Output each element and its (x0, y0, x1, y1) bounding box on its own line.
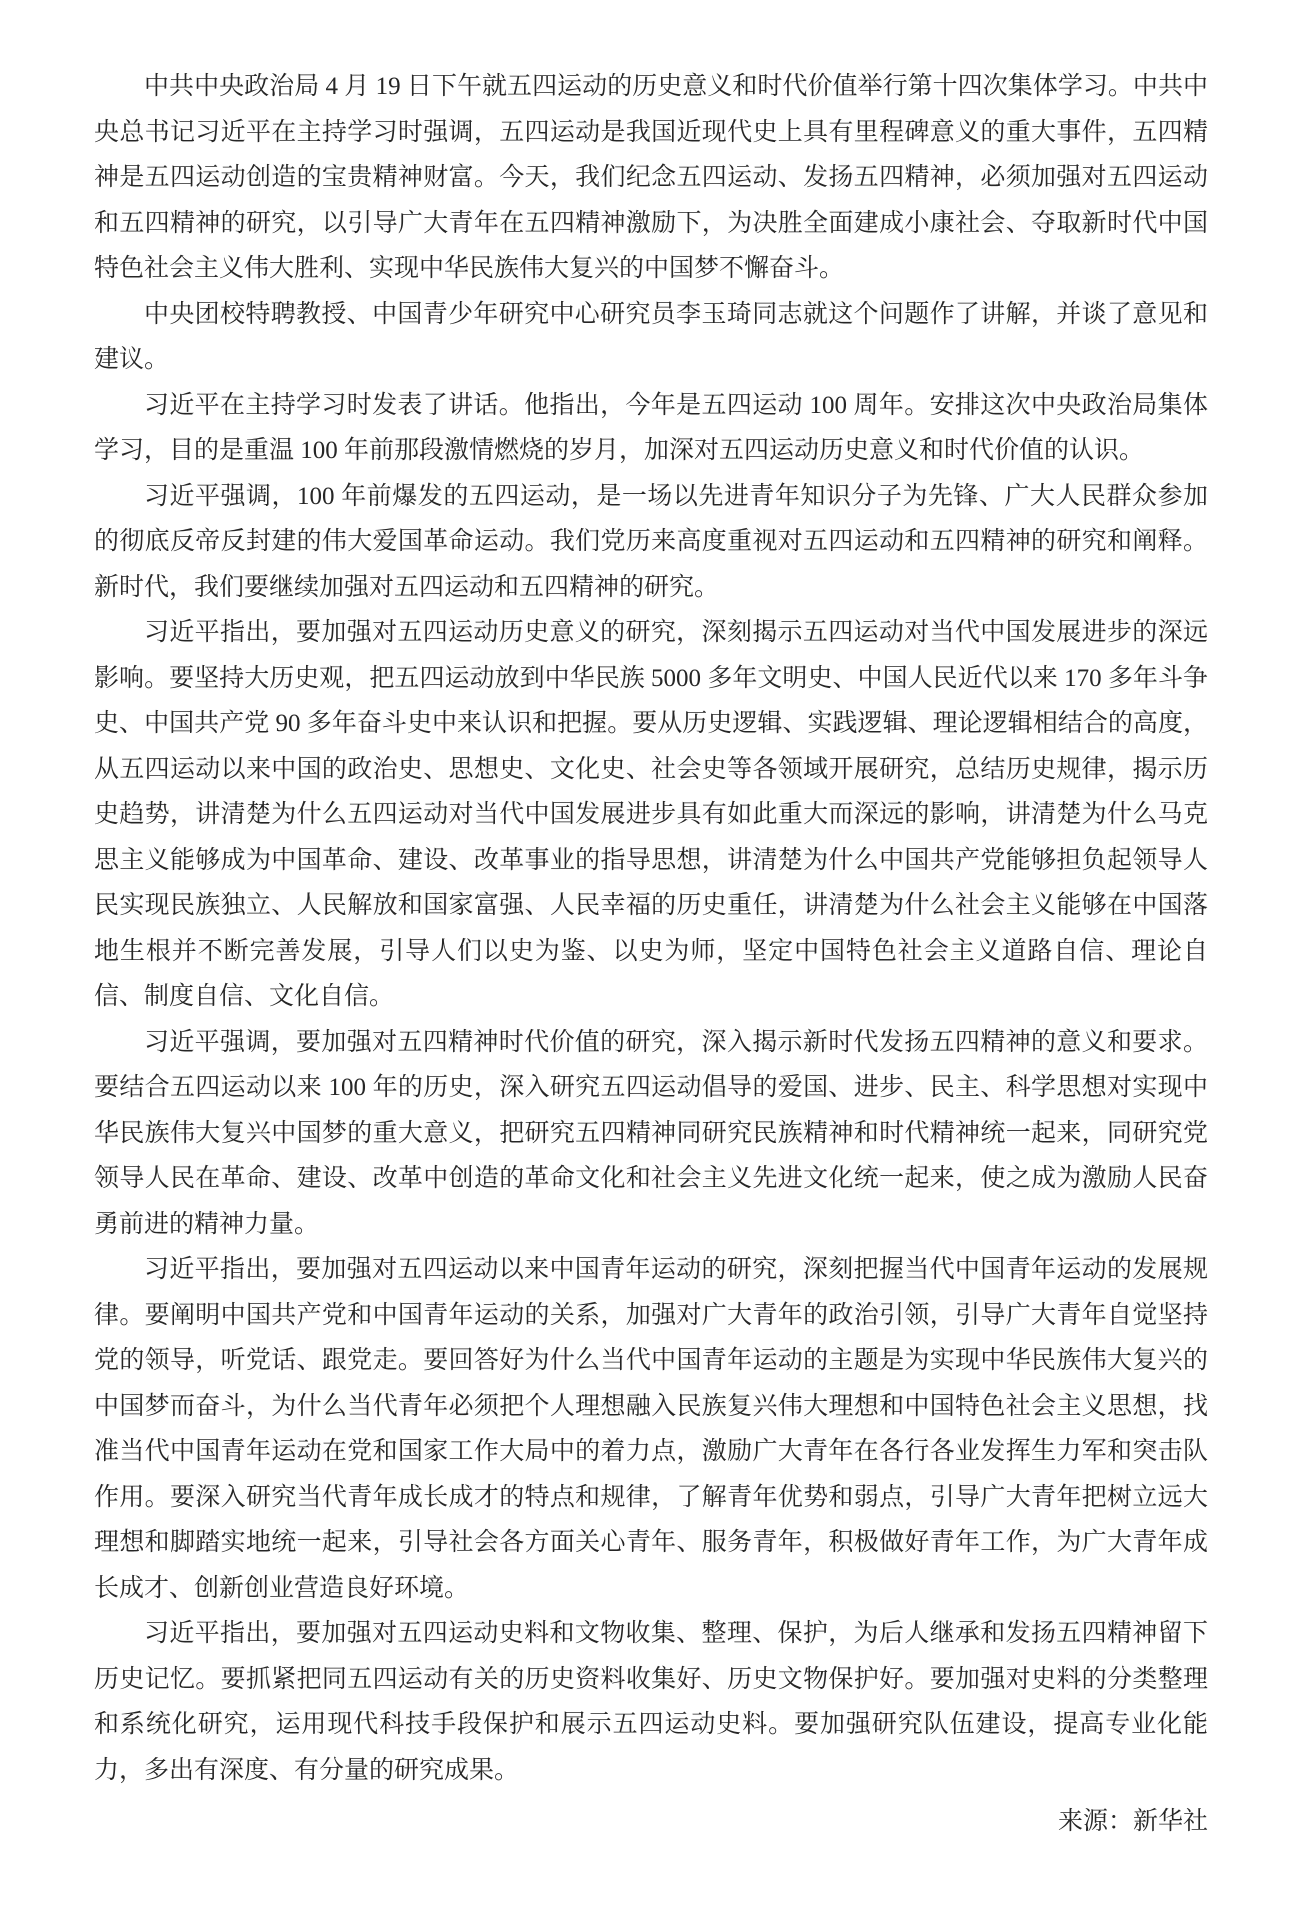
paragraph-movement-significance: 习近平强调，100 年前爆发的五四运动，是一场以先进青年知识分子为先锋、广大人民… (94, 474, 1208, 611)
paragraph-lecturer: 中央团校特聘教授、中国青少年研究中心研究员李玉琦同志就这个问题作了讲解，并谈了意… (94, 292, 1208, 383)
document-page: 中共中央政治局 4 月 19 日下午就五四运动的历史意义和时代价值举行第十四次集… (0, 0, 1300, 1908)
source-attribution: 来源：新华社 (94, 1799, 1208, 1844)
paragraph-intro: 中共中央政治局 4 月 19 日下午就五四运动的历史意义和时代价值举行第十四次集… (94, 64, 1208, 292)
article-body: 中共中央政治局 4 月 19 日下午就五四运动的历史意义和时代价值举行第十四次集… (94, 64, 1208, 1793)
paragraph-historical-materials: 习近平指出，要加强对五四运动史料和文物收集、整理、保护，为后人继承和发扬五四精神… (94, 1611, 1208, 1793)
paragraph-historical-research: 习近平指出，要加强对五四运动历史意义的研究，深刻揭示五四运动对当代中国发展进步的… (94, 610, 1208, 1020)
paragraph-speech-opening: 习近平在主持学习时发表了讲话。他指出，今年是五四运动 100 周年。安排这次中央… (94, 383, 1208, 474)
paragraph-youth-movement: 习近平指出，要加强对五四运动以来中国青年运动的研究，深刻把握当代中国青年运动的发… (94, 1247, 1208, 1611)
paragraph-spirit-value: 习近平强调，要加强对五四精神时代价值的研究，深入揭示新时代发扬五四精神的意义和要… (94, 1020, 1208, 1248)
